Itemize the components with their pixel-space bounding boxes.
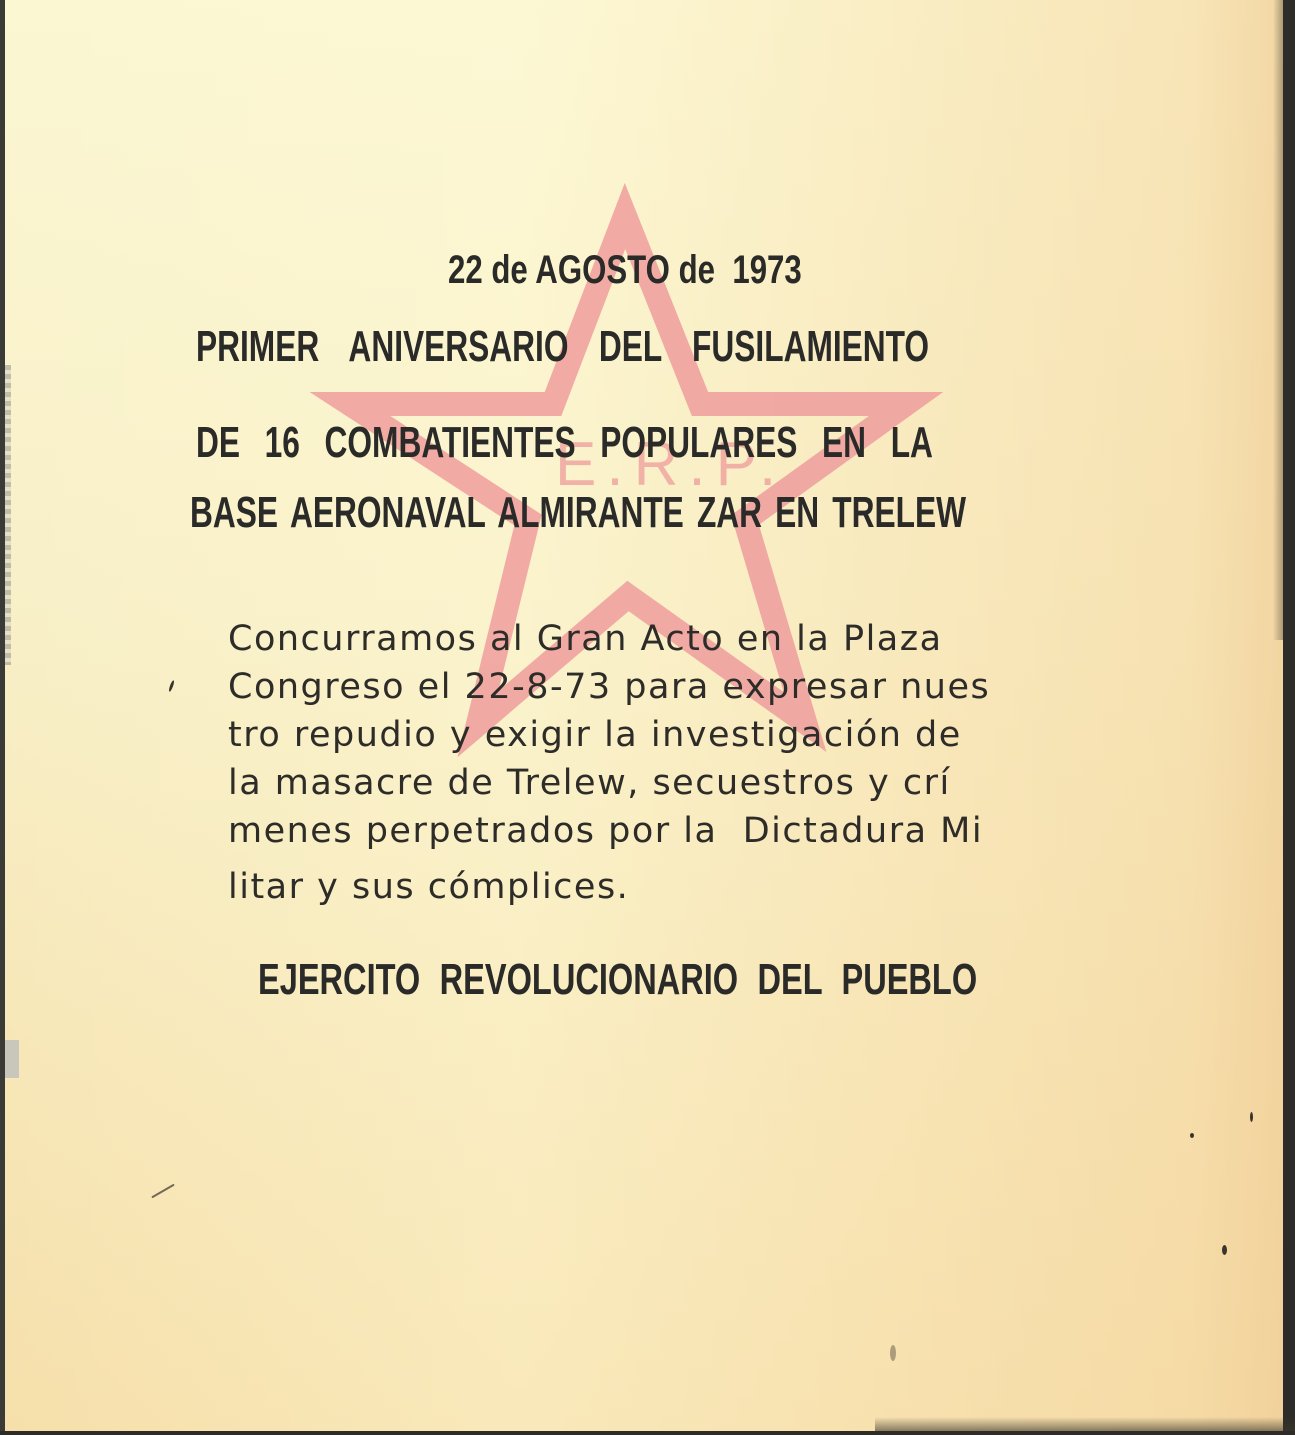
scan-edge-strip <box>5 365 11 665</box>
scan-border-bottom <box>0 1431 1295 1435</box>
body-paragraph: Concurramos al Gran Acto en la Plaza Con… <box>228 615 1128 911</box>
body-line: menes perpetrados por la Dictadura Mi <box>228 807 1128 855</box>
scan-border-left <box>0 0 5 1435</box>
body-line: litar y sus cómplices. <box>228 863 1128 911</box>
body-line: Concurramos al Gran Acto en la Plaza <box>228 615 1128 663</box>
body-line: Congreso el 22-8-73 para expresar nues <box>228 663 1128 711</box>
ink-speck <box>1250 1112 1253 1122</box>
body-line: tro repudio y exigir la investigación de <box>228 711 1128 759</box>
signature: EJERCITO REVOLUCIONARIO DEL PUEBLO <box>258 955 977 1005</box>
heading-line-1: PRIMER ANIVERSARIO DEL FUSILAMIENTO <box>196 322 929 372</box>
heading-line-3: BASE AERONAVAL ALMIRANTE ZAR EN TRELEW <box>190 488 966 538</box>
ink-speck <box>1222 1245 1227 1255</box>
paper-edge-wear-bottom <box>875 1417 1295 1431</box>
heading-line-2: DE 16 COMBATIENTES POPULARES EN LA <box>196 418 933 468</box>
ink-speck <box>890 1345 896 1361</box>
ink-speck <box>1190 1133 1194 1138</box>
body-line: la masacre de Trelew, secuestros y crí <box>228 759 1128 807</box>
scan-border-right <box>1283 0 1295 1435</box>
heading-date: 22 de AGOSTO de 1973 <box>448 248 802 293</box>
scan-edge-tab <box>5 1040 19 1078</box>
